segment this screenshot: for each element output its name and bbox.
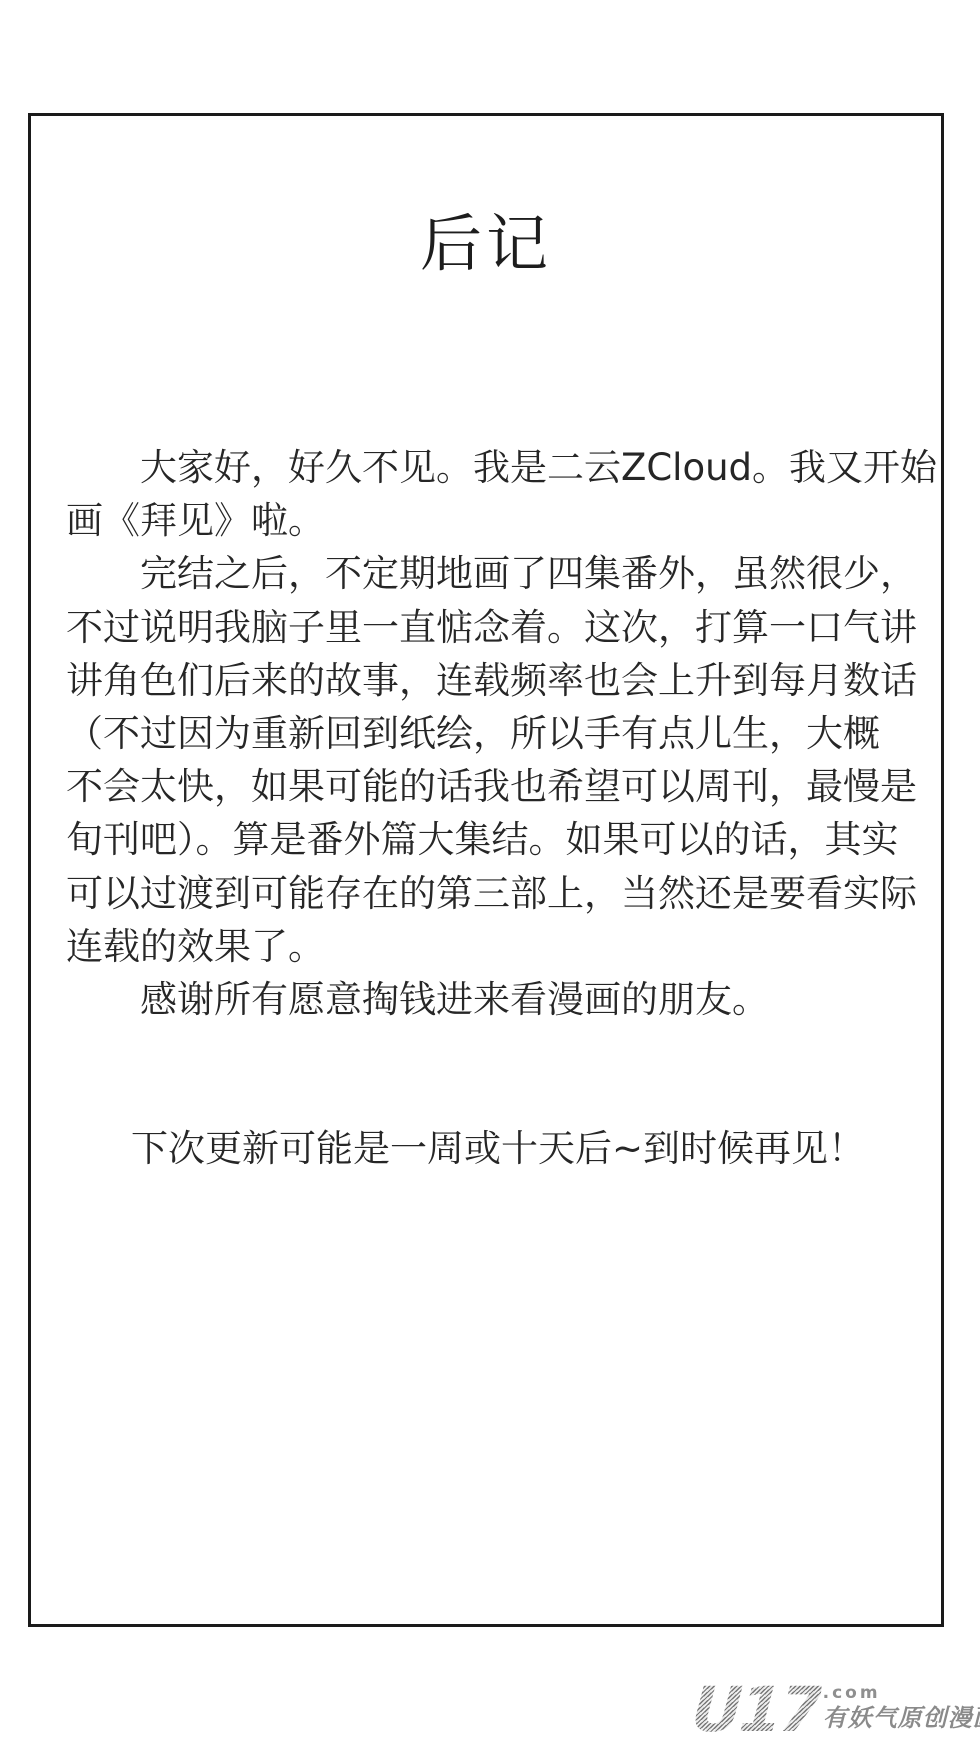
afterword-body: 大家好，好久不见。我是二云ZCloud。我又开始画《拜见》啦。完结之后，不定期地… [66,441,914,1026]
text-line: 讲角色们后来的故事，连载频率也会上升到每月数话 [66,654,914,707]
text-line: 可以过渡到可能存在的第三部上，当然还是要看实际 [66,867,914,920]
text-line: 旬刊吧）。算是番外篇大集结。如果可以的话，其实 [66,813,914,866]
text-line: 完结之后，不定期地画了四集番外，虽然很少， [66,547,914,600]
closing-line: 下次更新可能是一周或十天后~到时候再见！ [131,1122,865,1175]
u17-watermark: U17 .com 有妖气原创漫画 [692,1681,980,1738]
text-line: 大家好，好久不见。我是二云ZCloud。我又开始 [66,441,914,494]
text-line: 画《拜见》啦。 [66,494,914,547]
comic-afterword-page: 后记 大家好，好久不见。我是二云ZCloud。我又开始画《拜见》啦。完结之后，不… [0,0,980,1742]
u17-domain-suffix: .com [823,1684,980,1703]
u17-brand-chinese: 有妖气原创漫画 [823,1703,980,1733]
u17-logo-icon: U17 [690,1681,822,1738]
text-line: 不过说明我脑子里一直惦念着。这次，打算一口气讲 [66,601,914,654]
text-line: 连载的效果了。 [66,920,914,973]
text-line: 感谢所有愿意掏钱进来看漫画的朋友。 [66,973,914,1026]
page-title: 后记 [28,204,944,284]
u17-logo-text-group: .com 有妖气原创漫画 [823,1681,980,1733]
text-line: （不过因为重新回到纸绘，所以手有点儿生，大概 [66,707,914,760]
text-line: 不会太快，如果可能的话我也希望可以周刊，最慢是 [66,760,914,813]
